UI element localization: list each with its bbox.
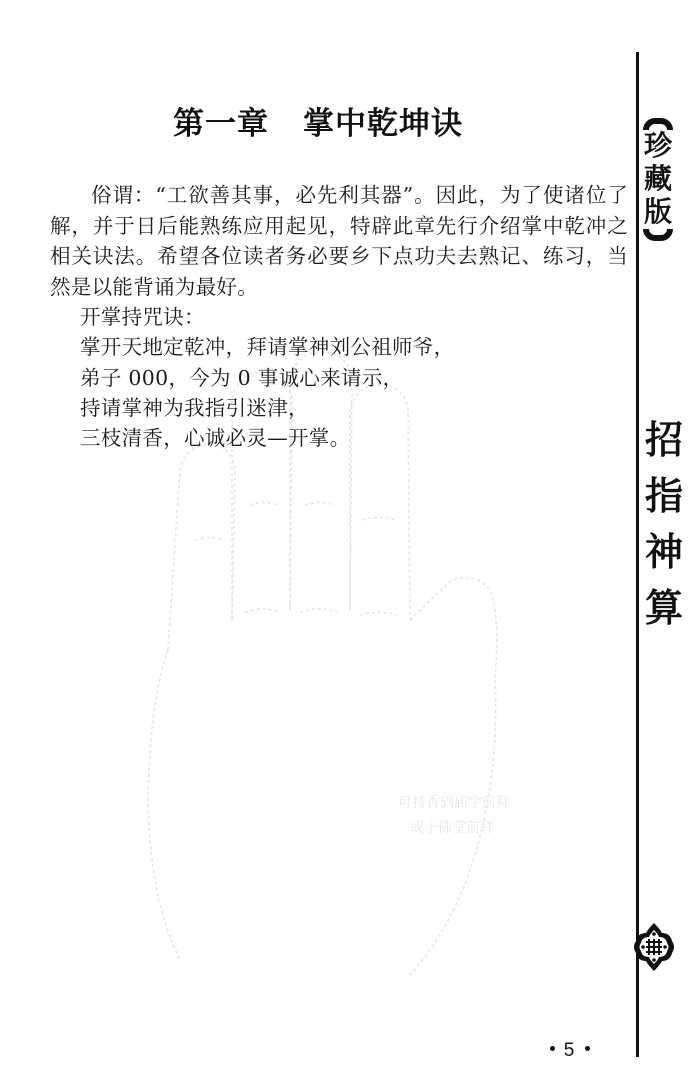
- book-title-vertical: 招 指 神 算: [642, 412, 686, 636]
- intro-paragraph: 俗谓：“工欲善其事，必先利其器”。因此，为了使诸位了解，并于日后能熟练应用起见，…: [50, 180, 628, 302]
- incantation-line: 弟子 000，今为 0 事诚心来请示，: [80, 363, 454, 393]
- bracket-bottom-icon: [641, 229, 675, 241]
- page-number-dot: [585, 1046, 590, 1051]
- book-title-char: 神: [642, 524, 686, 580]
- edition-char: 藏: [640, 163, 676, 196]
- chapter-number: 第一章: [173, 106, 269, 142]
- incantation-heading: 开掌持咒诀：: [80, 302, 454, 332]
- margin-vertical-rule: [636, 52, 639, 1057]
- page-number: 5: [540, 1040, 600, 1062]
- bracket-top-icon: [641, 118, 675, 130]
- edition-label: 珍 藏 版: [640, 118, 676, 241]
- chapter-name: 掌中乾坤诀: [303, 106, 463, 142]
- book-page: 第一章掌中乾坤诀 俗谓：“工欲善其事，必先利其器”。因此，为了使诸位了解，并于日…: [0, 0, 695, 1088]
- page-number-value: 5: [564, 1040, 577, 1061]
- book-title-char: 指: [642, 468, 686, 524]
- chapter-title: 第一章掌中乾坤诀: [0, 98, 636, 143]
- incantation-line: 三枝清香，心诚必灵—开掌。: [80, 423, 454, 453]
- knot-ornament-icon: [632, 921, 676, 973]
- incantation-line: 持请掌神为我指引迷津，: [80, 393, 454, 423]
- paragraph-text: 俗谓：“工欲善其事，必先利其器”。因此，为了使诸位了解，并于日后能熟练应用起见，…: [50, 180, 628, 302]
- edition-char: 版: [640, 196, 676, 229]
- book-title-char: 招: [642, 412, 686, 468]
- edition-char: 珍: [640, 130, 676, 163]
- page-number-dot: [550, 1046, 555, 1051]
- incantation-line: 掌开天地定乾冲，拜请掌神刘公祖师爷，: [80, 332, 454, 362]
- book-title-char: 算: [642, 580, 686, 636]
- incantation-block: 开掌持咒诀： 掌开天地定乾冲，拜请掌神刘公祖师爷， 弟子 000，今为 0 事诚…: [80, 302, 454, 453]
